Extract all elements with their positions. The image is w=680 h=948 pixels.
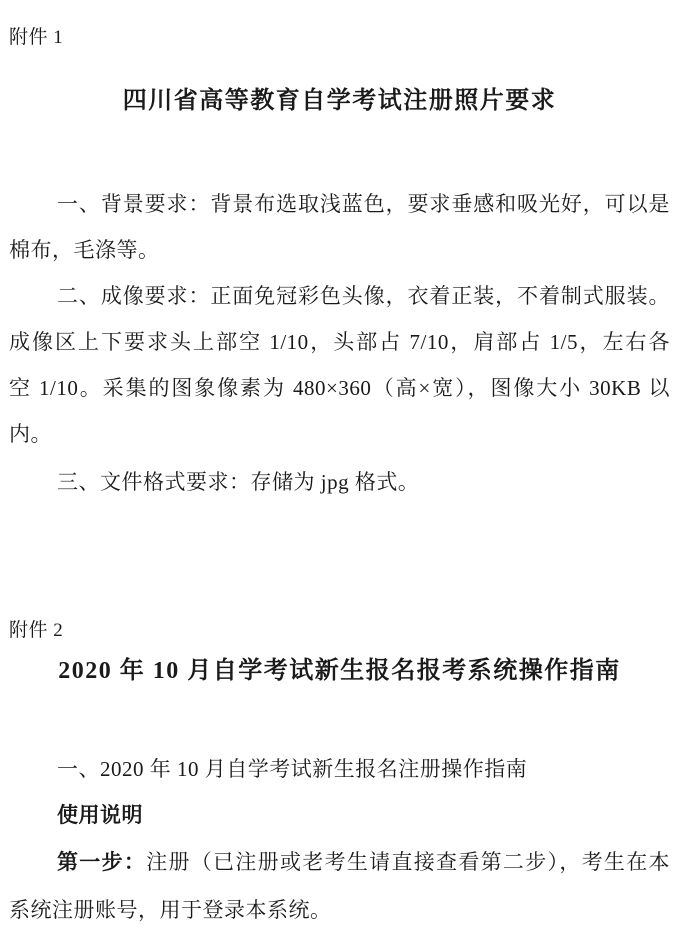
attachment1-para1-line1: 一、背景要求：背景布选取浅蓝色，要求垂感和吸光好，可以是 — [9, 191, 670, 217]
attachment1-para2-line1: 二、成像要求：正面免冠彩色头像，衣着正装，不着制式服装。 — [9, 283, 670, 309]
attachment2-label: 附件 2 — [9, 619, 670, 643]
attachment2-step1-line1: 第一步：注册（已注册或老考生请直接查看第二步），考生在本 — [9, 849, 670, 875]
attachment2-step1-label: 第一步： — [57, 850, 146, 874]
attachment1-title: 四川省高等教育自学考试注册照片要求 — [9, 86, 670, 116]
attachment1-para3: 三、文件格式要求：存储为 jpg 格式。 — [9, 469, 670, 495]
attachment1-para2-line4: 内。 — [9, 421, 670, 447]
attachment2-title: 2020 年 10 月自学考试新生报名报考系统操作指南 — [9, 656, 670, 686]
attachment1-para1-line2: 棉布，毛涤等。 — [9, 237, 670, 263]
attachment2-step1-line1-rest: 注册（已注册或老考生请直接查看第二步），考生在本 — [146, 850, 670, 874]
document-page: 附件 1 四川省高等教育自学考试注册照片要求 一、背景要求：背景布选取浅蓝色，要… — [0, 0, 680, 948]
attachment2-step1-line2: 系统注册账号，用于登录本系统。 — [9, 897, 670, 923]
attachment2-usage-heading: 使用说明 — [9, 802, 670, 828]
attachment1-label: 附件 1 — [9, 26, 670, 50]
attachment1-para2-line3: 空 1/10。采集的图象像素为 480×360（高×宽），图像大小 30KB 以 — [9, 375, 670, 401]
attachment1-para2-line2: 成像区上下要求头上部空 1/10，头部占 7/10，肩部占 1/5，左右各 — [9, 329, 670, 355]
attachment2-section1-heading: 一、2020 年 10 月自学考试新生报名注册操作指南 — [9, 756, 670, 782]
